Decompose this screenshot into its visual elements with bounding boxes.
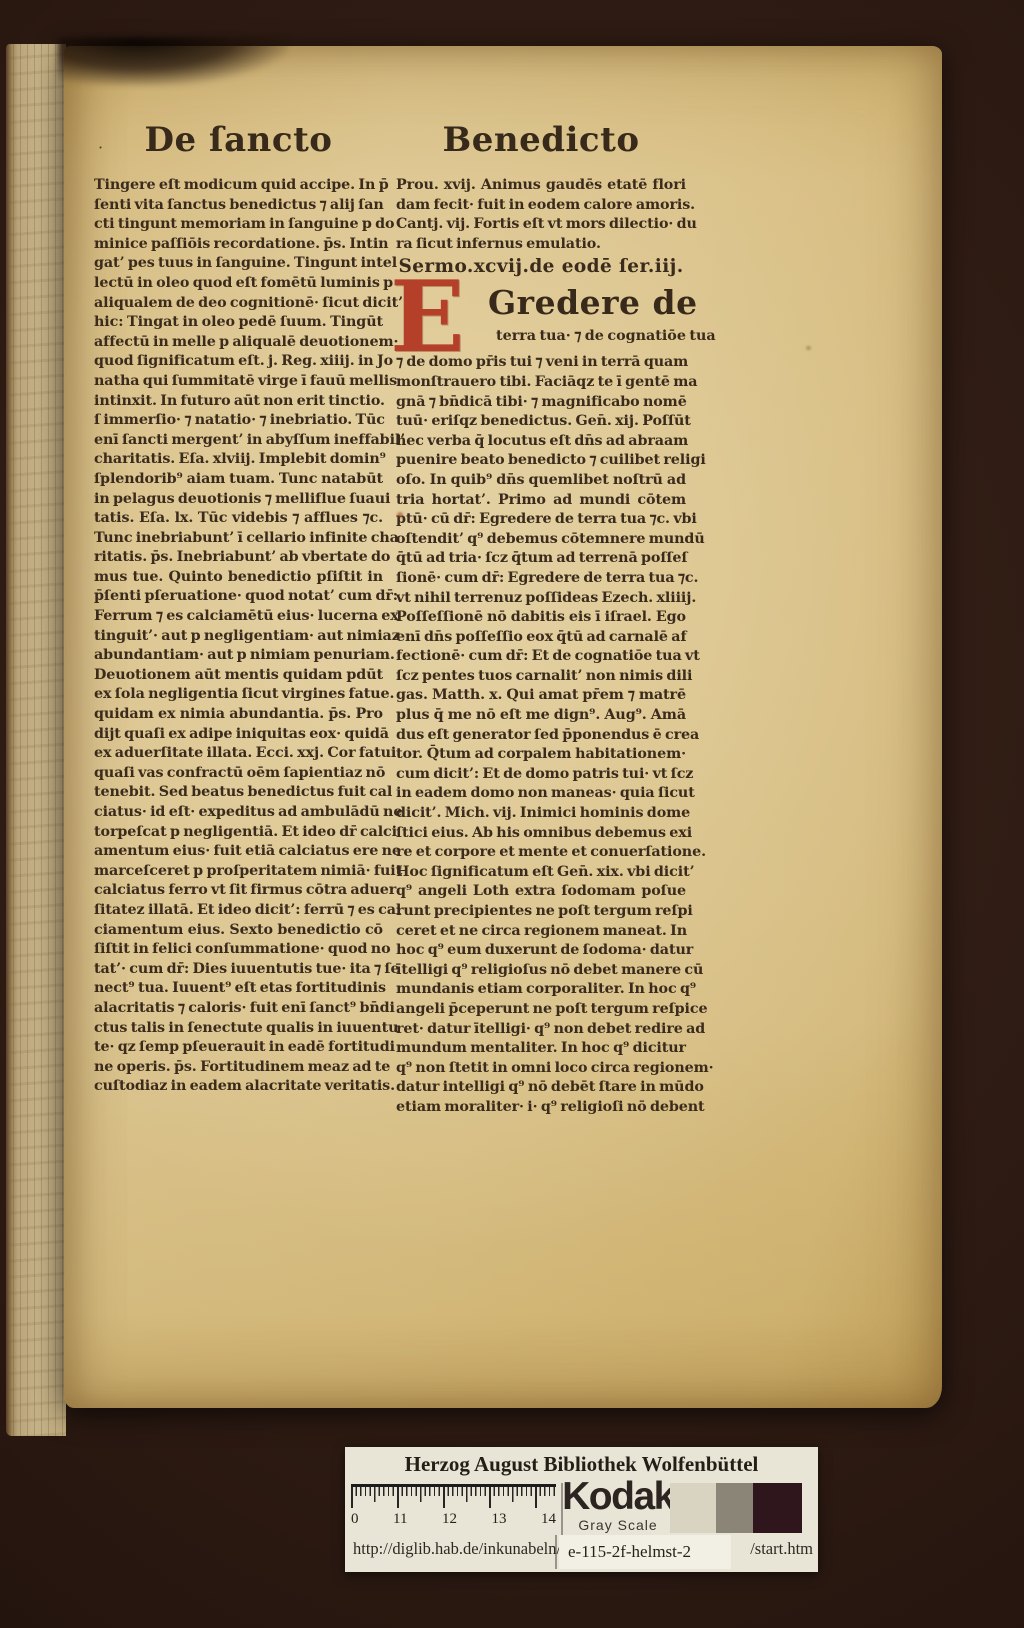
- text-line: hec verba q̄ locutus eſt dn̄s ad abraam: [396, 432, 686, 452]
- text-line: dijt quaſi ex adipe iniquitas eox· quidā: [94, 725, 383, 745]
- start-page-label: /start.htm: [739, 1539, 813, 1559]
- text-line: mundum mentaliter. In hoc q⁹ dicitur: [396, 1039, 686, 1059]
- text-line: ſtici eius. Ab his omnibus debemus exi: [396, 824, 686, 844]
- text-line: ra ſicut infernus emulatio.: [396, 235, 686, 255]
- scanned-book-photograph: · De ſancto Benedicto Tingere eſt modicu…: [0, 0, 1024, 1628]
- text-line: in eadem domo non maneas· quia ſicut: [396, 784, 686, 804]
- ruler-number: 11: [393, 1511, 407, 1528]
- text-column-left: Tingere eſt modicum quid accipe. In p̄ſe…: [94, 176, 383, 1097]
- text-line: intinxit. In futuro aūt non erit tinctio…: [94, 392, 383, 412]
- text-column-right: Prou. xvij. Animus gaudēs etatē floridam…: [396, 176, 686, 1118]
- text-line: affectū in melle p aliqualē deuotionem·: [94, 333, 383, 353]
- text-line: mundanis etiam corporaliter. In hoc q⁹: [396, 980, 686, 1000]
- gray-scale-label: Gray Scale: [559, 1517, 677, 1533]
- text-line: p̄ſenti pſeruatione· quod notat’ cum dr̄…: [94, 587, 383, 607]
- ruler-number: 13: [491, 1511, 506, 1528]
- text-line: Deuotionem aūt mentis quidam pdūt: [94, 666, 383, 686]
- text-line: tria hortat’. Primo ad mundi cōtem: [396, 491, 686, 511]
- text-line: tuū· eriſqz benedictus. Gen̄. xij. Poſſū…: [396, 412, 686, 432]
- text-line: te· qz ſemp pſeuerauit in eadē fortitudi: [94, 1038, 383, 1058]
- text-line: ſionē· cum dr̄: Egredere de terra tua ⁊c…: [396, 569, 686, 589]
- text-line: ſplendorib⁹ aiam tuam. Tunc natabūt: [94, 470, 383, 490]
- text-line: Poſſeſſionē nō dabitis eis ī iſrael. Ego: [396, 608, 686, 628]
- text-line: ret· datur ītelligi· q⁹ non debet redire…: [396, 1020, 686, 1040]
- ruler-number: 14: [541, 1511, 556, 1528]
- text-line: gnā ⁊ bn̄dicā tibi· ⁊ magnificabo nomē: [396, 393, 686, 413]
- gray-scale-patch-mid: [716, 1483, 753, 1533]
- text-line: gas. Matth. x. Qui amat pr̄em ⁊ matrē: [396, 686, 686, 706]
- ruler-number: 0: [351, 1511, 359, 1528]
- text-line: plus q̄ me nō eſt me dign⁹. Aug⁹. Amā: [396, 706, 686, 726]
- text-line: dicit’. Mich. vij. Inimici hominis dome: [396, 804, 686, 824]
- ruler-number: 12: [442, 1511, 457, 1528]
- text-line: angeli p̄ceperunt ne poſt tergum reſpice: [396, 1000, 686, 1020]
- text-line: nect⁹ tua. Iuuent⁹ eſt etas fortitudinis: [94, 979, 383, 999]
- right-column-intro: Prou. xvij. Animus gaudēs etatē floridam…: [396, 176, 686, 254]
- page-stain: [806, 346, 811, 350]
- text-line: amentum eius· fuit etiā calciatus ere ne: [94, 842, 383, 862]
- text-line: quidam ex nimia abundantia. p̄s. Pro: [94, 705, 383, 725]
- text-line: gat’ pes tuus in ſanguine. Tingunt intel: [94, 254, 383, 274]
- text-line: tenebit. Sed beatus benedictus fuit cal: [94, 783, 383, 803]
- running-header-left: De ſancto: [94, 120, 383, 160]
- text-line: runt precipientes ne poſt tergum reſpi: [396, 902, 686, 922]
- right-column-body: ⁊ de domo pr̄is tui ⁊ veni in terrā quam…: [396, 353, 686, 1117]
- text-line: ceret et ne circa regionem maneat. In: [396, 922, 686, 942]
- text-line: ne operis. p̄s. Fortitudinem meaz ad te: [94, 1058, 383, 1078]
- text-line: Prou. xvij. Animus gaudēs etatē flori: [396, 176, 686, 196]
- text-line: fectionē· cum dr̄: Et de cognatiōe tua v…: [396, 647, 686, 667]
- text-line: calciatus ferro vt ſit firmus cōtra adue…: [94, 881, 383, 901]
- text-line: puenire beato benedicto ⁊ cuilibet relig…: [396, 451, 686, 471]
- text-line: hoc q⁹ eum duxerunt de ſodoma· datur: [396, 941, 686, 961]
- text-line: tinguit’· aut p negligentiam· aut nimiaz: [94, 627, 383, 647]
- running-header-right: Benedicto: [396, 120, 686, 160]
- text-line: abundantiam· aut p nimiam penuriam.: [94, 646, 383, 666]
- text-line: natha qui ſummitatē virge ī fauū mellis: [94, 372, 383, 392]
- text-line: tor. Q̄tum ad corpalem habitationem·: [396, 745, 686, 765]
- page-stain: [397, 512, 403, 518]
- text-line: ex ſola negligentia ſicut virgines fatue…: [94, 685, 383, 705]
- gray-scale-patch-light: [670, 1483, 716, 1533]
- text-line: monſtrauero tibi. Faciāqz te ī gentē ma: [396, 373, 686, 393]
- centimeter-ruler: 011121314: [351, 1484, 556, 1537]
- text-line: Ferrum ⁊ es calciamētū eius· lucerna ex: [94, 607, 383, 627]
- text-line: tatis. Eſa. lx. Tūc videbis ⁊ afflues ⁊c…: [94, 509, 383, 529]
- text-line: ſitatez illatā. Et ideo dicit’: ferrū ⁊ …: [94, 901, 383, 921]
- text-line: mus tue. Quinto benedictio pſiſtit in: [94, 568, 383, 588]
- text-line: oſo. In quib⁹ dn̄s quemlibet noſtrū ad: [396, 471, 686, 491]
- ruler-numbers: 011121314: [351, 1511, 556, 1528]
- text-line: ctus talis in ſenectute qualis in iuuent…: [94, 1019, 383, 1039]
- library-url-label: http://diglib.hab.de/inkunabeln/: [353, 1539, 561, 1559]
- text-line: alacritatis ⁊ caloris· fuit enī ſanct⁹ b…: [94, 999, 383, 1019]
- text-line: ſ immerſio· ⁊ natatio· ⁊ inebriatio. Tūc: [94, 411, 383, 431]
- rubricated-initial: E: [390, 275, 465, 361]
- text-line: q⁹ angeli Loth extra ſodomam poſue: [396, 882, 686, 902]
- text-line: quod ſignificatum eſt. j. Reg. xiiij. in…: [94, 352, 383, 372]
- text-line: ciatus· id eſt· expeditus ad ambulādū ne: [94, 803, 383, 823]
- cover-shadow: [58, 38, 288, 86]
- book-fore-edge-leaves: [6, 44, 66, 1436]
- text-line: dam fecit· fuit in eodem calore amoris.: [396, 196, 686, 216]
- text-line: ītelligi q⁹ religioſus nō debet manere c…: [396, 961, 686, 981]
- text-line: q̄tū ad tria· ſcz q̄tum ad terrenā poſſe…: [396, 549, 686, 569]
- text-line: ptū· cū dr̄: Egredere de terra tua ⁊c. v…: [396, 510, 686, 530]
- text-line: vt nihil terrenuz poſſideas Ezech. xliii…: [396, 589, 686, 609]
- text-line: ſiſtit in felici conſummatione· quod no: [94, 940, 383, 960]
- text-line: etiam moraliter· i· q⁹ religioſi nō debe…: [396, 1098, 686, 1118]
- text-line: Tunc inebriabunt’ ī cellario infinite ch…: [94, 529, 383, 549]
- text-line: hic: Tingat in oleo pedē ſuum. Tingūt: [94, 313, 383, 333]
- sermon-incipit: E Gredere de terra tua· ⁊ de cognatiōe t…: [396, 281, 686, 351]
- text-line: ritatis. p̄s. Inebriabunt’ ab vbertate d…: [94, 548, 383, 568]
- text-line: ſenti vita ſanctus benedictus ⁊ alij ſan: [94, 196, 383, 216]
- library-name-label: Herzog August Bibliothek Wolfenbüttel: [345, 1451, 818, 1478]
- text-line: enī dn̄s poſſeſſio eox q̄tū ad carnalē a…: [396, 628, 686, 648]
- kodak-gray-scale-strip: Herzog August Bibliothek Wolfenbüttel 01…: [345, 1447, 818, 1572]
- text-line: cti tingunt memoriam in ſanguine p do: [94, 215, 383, 235]
- text-line: Cantj. vij. Fortis eſt vt mors dilectio·…: [396, 215, 686, 235]
- text-line: charitatis. Eſa. xlviij. Implebit domin⁹: [94, 450, 383, 470]
- text-line: ciamentum eius. Sexto benedictio cō: [94, 921, 383, 941]
- text-line: cuſtodiaz in eadem alacritate veritatis.: [94, 1077, 383, 1097]
- text-line: in pelagus deuotionis ⁊ melliflue ſuaui: [94, 490, 383, 510]
- shelfmark-label: e-115-2f-helmst-2: [559, 1535, 731, 1569]
- text-line: oſtendit’ q⁹ debemus cōtemnere mundū: [396, 530, 686, 550]
- gray-scale-patch-dark: [753, 1483, 802, 1533]
- text-line: Tingere eſt modicum quid accipe. In p̄: [94, 176, 383, 196]
- text-line: re et corpore et mente et conuerſatione.: [396, 843, 686, 863]
- text-line: ſcz pentes tuos carnalit’ non nimis dili: [396, 667, 686, 687]
- text-line: tat’· cum dr̄: Dies iuuentutis tue· ita …: [94, 960, 383, 980]
- text-line: minice paſſiōis recordatione. p̄s. Intin: [94, 235, 383, 255]
- text-line: quaſi vas confractū oēm ſapientiaz nō: [94, 764, 383, 784]
- kodak-logo-text: Kodak: [559, 1477, 677, 1517]
- text-line: lectū in oleo quod eſt fomētū luminis p: [94, 274, 383, 294]
- text-line: dus eſt generator ſed p̄ponendus ē crea: [396, 726, 686, 746]
- text-line: q⁹ non ſtetit in omni loco circa regione…: [396, 1059, 686, 1079]
- text-line: Hoc ſignificatum eſt Gen̄. xix. vbi dici…: [396, 863, 686, 883]
- text-line: cum dicit’: Et de domo patris tui· vt ſc…: [396, 765, 686, 785]
- text-line: enī ſancti mergent’ in abyſſum ineffabil…: [94, 431, 383, 451]
- text-line: ex aduerſitate illata. Ecci. xxj. Cor fa…: [94, 744, 383, 764]
- incunabulum-page: · De ſancto Benedicto Tingere eſt modicu…: [64, 46, 942, 1408]
- text-line: datur intelligi q⁹ nō debēt ſtare in mūd…: [396, 1078, 686, 1098]
- text-line: aliqualem de deo cognitionē· ſicut dicit…: [94, 294, 383, 314]
- text-line: torpeſcat p negligentiā. Et ideo dr̄ cal…: [94, 823, 383, 843]
- text-line: marceſceret p proſperitatem nimiā· fuit: [94, 862, 383, 882]
